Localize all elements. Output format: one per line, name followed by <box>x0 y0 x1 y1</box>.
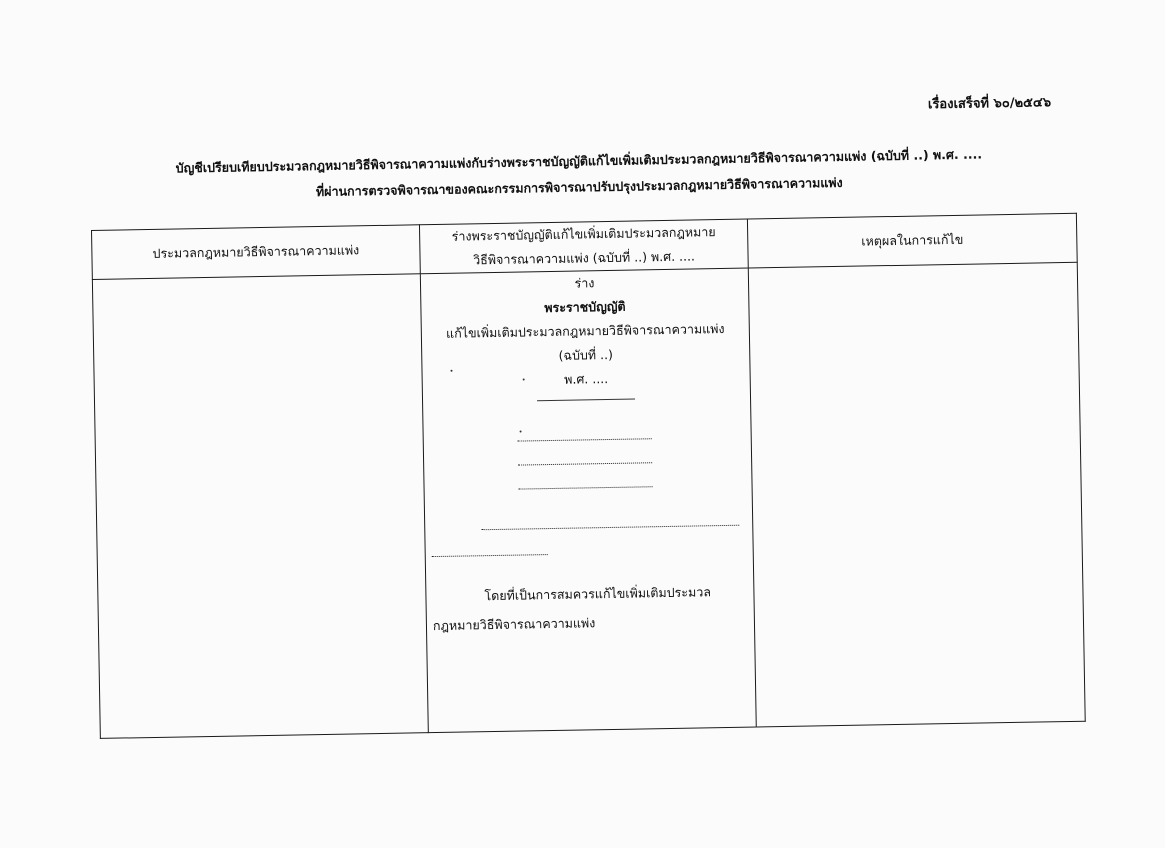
cell-reasons <box>748 262 1085 727</box>
blank-line-5 <box>432 554 548 557</box>
blank-line-4 <box>481 525 739 531</box>
blank-line-1 <box>518 438 652 441</box>
cell-current-law <box>92 274 428 739</box>
comparison-table: ประมวลกฎหมายวิธีพิจารณาความแพ่ง ร่างพระร… <box>91 213 1086 739</box>
header-current-law-text: ประมวลกฎหมายวิธีพิจารณาความแพ่ง <box>92 237 419 267</box>
scan-speck <box>520 431 522 433</box>
header-reasons-text: เหตุผลในการแก้ไข <box>748 226 1076 256</box>
draft-preamble-line-1: โดยที่เป็นการสมควรแก้ไขเพิ่มเติมประมวล <box>484 584 711 603</box>
header-draft-act: ร่างพระราชบัญญัติแก้ไขเพิ่มเติมประมวลกฎห… <box>419 219 748 274</box>
draft-preamble-line-2: กฎหมายวิธีพิจารณาความแพ่ง <box>433 606 751 641</box>
draft-year: พ.ศ. .... <box>422 365 749 395</box>
header-current-law: ประมวลกฎหมายวิธีพิจารณาความแพ่ง <box>92 225 421 280</box>
table-row: ร่าง พระราชบัญญัติ แก้ไขเพิ่มเติมประมวลก… <box>92 262 1085 738</box>
scan-speck <box>450 370 452 372</box>
draft-act-content: ร่าง พระราชบัญญัติ แก้ไขเพิ่มเติมประมวลก… <box>421 269 756 733</box>
document-reference-number: เรื่องเสร็จที่ ๖๐/๒๕๔๖ <box>928 91 1051 114</box>
draft-preamble: โดยที่เป็นการสมควรแก้ไขเพิ่มเติมประมวล ก… <box>432 577 751 641</box>
separator-line <box>537 399 635 402</box>
cell-draft-act: ร่าง พระราชบัญญัติ แก้ไขเพิ่มเติมประมวลก… <box>420 268 756 733</box>
blank-line-3 <box>519 486 653 489</box>
document-page: เรื่องเสร็จที่ ๖๐/๒๕๔๖ บัญชีเปรียบเทียบป… <box>0 0 1165 848</box>
scan-speck <box>523 378 525 380</box>
header-reasons: เหตุผลในการแก้ไข <box>747 213 1077 268</box>
blank-line-2 <box>518 462 652 465</box>
